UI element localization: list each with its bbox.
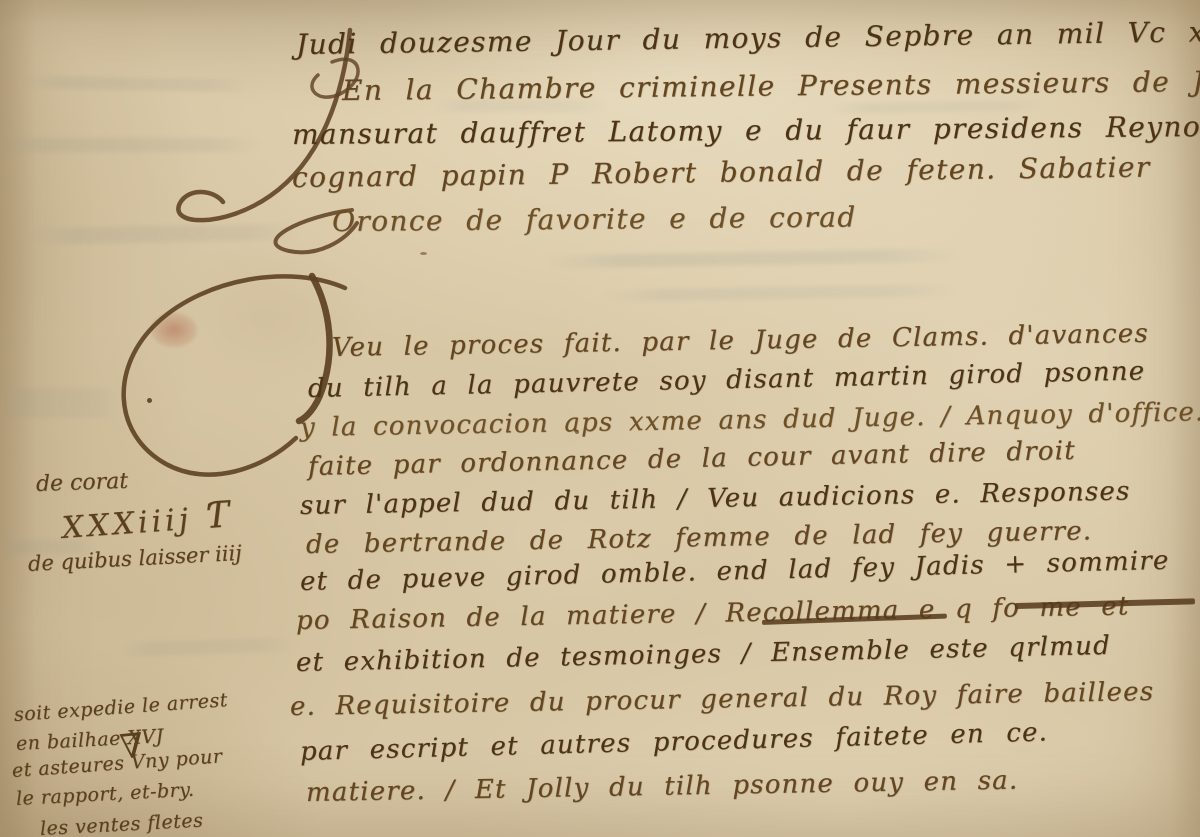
- margin-note-line: de corat: [36, 469, 129, 497]
- sous-abbreviation-mark: Ƭ: [204, 494, 235, 537]
- manuscript-page: Judi douzesme Jour du moys de Sepbre an …: [0, 0, 1200, 837]
- text-line: Oronce de favorite e de corad: [332, 200, 857, 238]
